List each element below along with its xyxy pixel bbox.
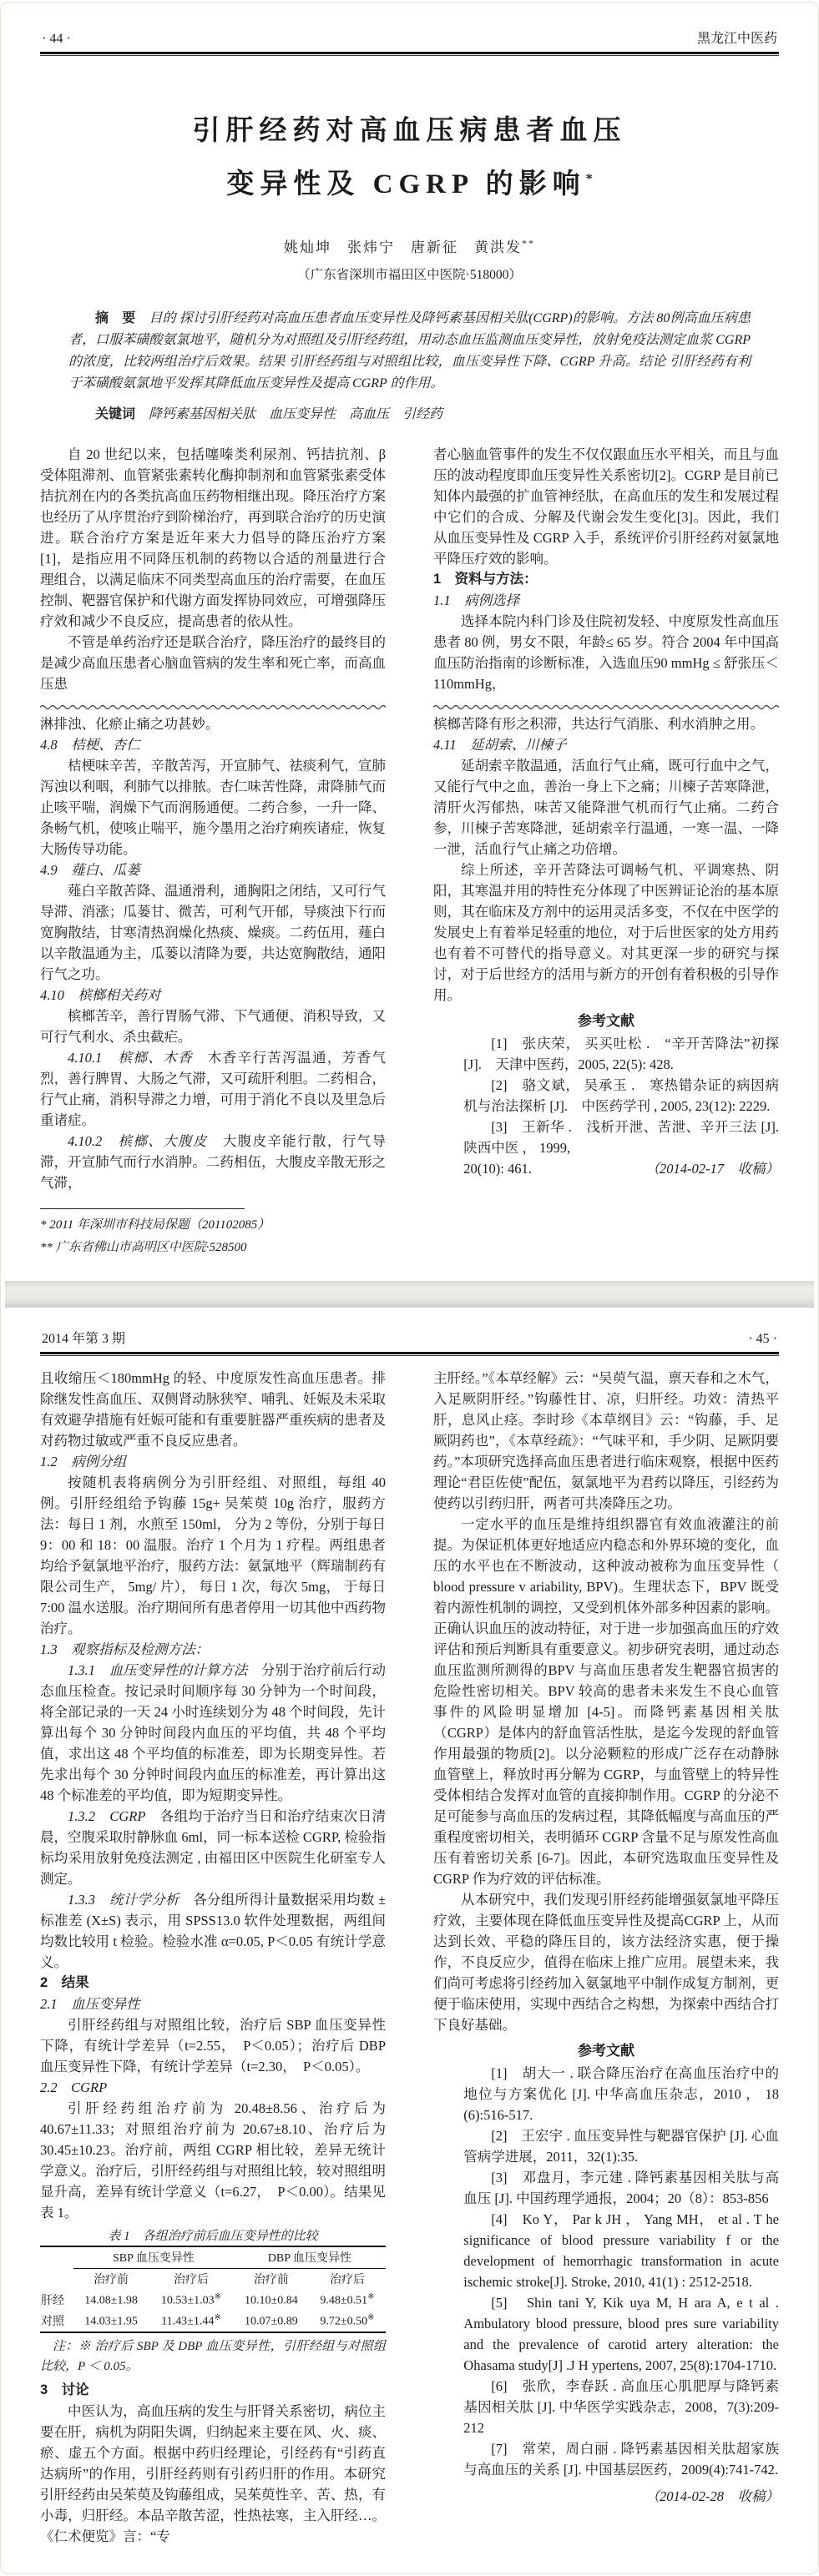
table-cell: 10.53±1.03※ — [149, 2290, 234, 2311]
table-row: 对照 14.03±1.95 11.43±1.44※ 10.07±0.89 9.7… — [40, 2311, 386, 2332]
right-column: 者心脑血管事件的发生不仅仅跟血压水平相关，而且与血压的波动程度即血压变异性关系密… — [433, 444, 779, 1259]
journal-page-44: · 44 · 黑龙江中医药 引肝经药对高血压病患者血压 变异性及 CGRP 的影… — [5, 8, 814, 1281]
references-title: 参考文献 — [433, 2039, 779, 2059]
cell-value: 11.43±1.44 — [161, 2316, 214, 2328]
left-column: 自 20 世纪以来，包括噻嗪类利尿剂、钙拮抗剂、β 受体阻滞剂、血管紧张素转化酶… — [40, 444, 386, 1259]
paragraph: 者心脑血管事件的发生不仅仅跟血压水平相关，而且与血压的波动程度即血压变异性关系密… — [433, 444, 779, 569]
paragraph: 引肝经药组与对照组比较，治疗后 SBP 血压变异性下降，有统计学差异（t=2.5… — [40, 2014, 386, 2077]
author-names: 姚灿坤 张炜宁 唐新征 黄洪发 — [284, 239, 522, 255]
received-date: （2014-02-17 收稿） — [646, 1158, 780, 1179]
table-cell: 10.10±0.84 — [234, 2290, 309, 2311]
reference-item: [5] Shin tani Y, Kik uya M, H ara A, e t… — [433, 2292, 779, 2376]
table-cell: 14.08±1.98 — [73, 2290, 149, 2311]
right-column: 主肝经。”《本草经解》云：“吴萸气温，禀天春和之木气，入足厥阴肝经。”钩藤性甘、… — [433, 1368, 779, 2547]
table-stub-header — [40, 2246, 73, 2269]
table-cell: 10.07±0.89 — [234, 2311, 309, 2332]
reference-item-tail: 20(10): 461. （2014-02-17 收稿） — [433, 1158, 779, 1179]
document-scan: · 44 · 黑龙江中医药 引肝经药对高血压病患者血压 变异性及 CGRP 的影… — [0, 2, 819, 2574]
wavy-divider — [40, 700, 386, 708]
run-in-heading: 4.10.2 槟榔、大腹皮 — [68, 1133, 208, 1149]
reference-item: [2] 王宏宇 . 血压变异性与靶器官保护 [J]. 心血管病学进展，2011，… — [433, 2125, 779, 2167]
row-label: 肝经 — [40, 2290, 73, 2311]
page-separator — [5, 1281, 814, 1308]
article-title: 引肝经药对高血压病患者血压 变异性及 CGRP 的影响* — [40, 104, 779, 212]
received-row: （2014-02-28 收稿） — [433, 2485, 779, 2508]
table-cell: 9.72±0.50※ — [309, 2311, 386, 2332]
authors: 姚灿坤 张炜宁 唐新征 黄洪发** — [40, 235, 779, 256]
section-heading: 4.10 槟榔相关药对 — [40, 985, 386, 1006]
paragraph: 薤白辛散苦降、温通滑利，通胸阳之闭结，又可行气导滞、消涨；瓜蒌甘、微苦，可利气开… — [40, 880, 386, 985]
run-in-heading: 1.3.3 统计学分析 — [68, 1892, 179, 1908]
paragraph-text: 分别于治疗前后行动态血压检查。按记录时间顺序每 30 分钟为一个时间段，将全部记… — [40, 1662, 386, 1803]
bpv-comparison-table: SBP 血压变异性 DBP 血压变异性 治疗前 治疗后 治疗前 治疗后 — [40, 2246, 386, 2333]
paragraph: 选择本院内科门诊及住院初发轻、中度原发性高血压患者 80 例，男女不限，年龄≤ … — [433, 611, 779, 694]
footnote-funding: * 2011 年深圳市科技局保题（201102085） — [40, 1214, 386, 1237]
continued-paragraph: 槟榔苦降有形之积滞，共达行气消胀、利水消肿之用。 — [433, 713, 779, 734]
paragraph: 4.10.2 槟榔、大腹皮 大腹皮辛能行散，行气导滞，开宣肺气而行水消肿。二药相… — [40, 1131, 386, 1193]
continued-paragraph: 且收缩压＜180mmHg 的轻、中度原发性高血压患者。排除继发性高血压、双侧肾动… — [40, 1368, 386, 1451]
table-group-header-dbp: DBP 血压变异性 — [234, 2246, 386, 2269]
cell-value: 10.53±1.03 — [161, 2295, 215, 2307]
cell-value: 10.07±0.89 — [245, 2316, 298, 2328]
significance-mark: ※ — [215, 2292, 221, 2301]
cell-value: 14.03±1.95 — [84, 2316, 138, 2328]
paragraph: 不管是单药治疗还是联合治疗，降压治疗的最终目的是减少高血压患者心脑血管病的发生率… — [40, 632, 386, 694]
paragraph: 1.3.3 统计学分析 各分组所得计量数据采用均数 ± 标准差 (X±S) 表示… — [40, 1889, 386, 1973]
section-heading: 4.8 桔梗、杏仁 — [40, 734, 386, 755]
wavy-divider — [433, 700, 779, 708]
table-subheader: 治疗前 — [234, 2268, 309, 2290]
page-number: · 44 · — [42, 32, 71, 47]
paragraph: 综上所述，辛开苦降法可调畅气机、平调寒热、阴阳，其寒温并用的特性充分体现了中医辨… — [433, 860, 779, 1006]
paragraph: 引肝经药组治疗前为 20.48±8.56、治疗后为 40.67±11.33；对照… — [40, 2098, 386, 2223]
paragraph: 自 20 世纪以来，包括噻嗪类利尿剂、钙拮抗剂、β 受体阻滞剂、血管紧张素转化酶… — [40, 444, 386, 632]
continued-paragraph: 主肝经。”《本草经解》云：“吴萸气温，禀天春和之木气，入足厥阴肝经。”钩藤性甘、… — [433, 1368, 779, 1514]
issue-label: 2014 年第 3 期 — [42, 1328, 125, 1347]
two-column-body: 自 20 世纪以来，包括噻嗪类利尿剂、钙拮抗剂、β 受体阻滞剂、血管紧张素转化酶… — [40, 444, 779, 1259]
section-heading: 4.11 延胡索、川楝子 — [433, 734, 779, 755]
header-rule — [40, 52, 779, 56]
authors-footnote-mark: ** — [522, 237, 535, 249]
title-footnote-star: * — [586, 172, 593, 186]
row-label: 对照 — [40, 2311, 73, 2332]
left-column: 且收缩压＜180mmHg 的轻、中度原发性高血压患者。排除继发性高血压、双侧肾动… — [40, 1368, 386, 2547]
paragraph: 延胡索辛散温通，活血行气止痛，既可行血中之气，又能行气中之血，善治一身上下之痛；… — [433, 755, 779, 860]
table-caption: 表 1 各组治疗前后血压变异性的比较 — [40, 2226, 386, 2244]
header-rule — [40, 1352, 779, 1356]
significance-mark: ※ — [367, 2292, 374, 2301]
section-heading: 4.9 薤白、瓜蒌 — [40, 860, 386, 880]
paragraph: 从本研究中，我们发现引肝经药能增强氨氯地平降压疗效，主要体现在降低血压变异性及提… — [433, 1889, 779, 2035]
page-header: 2014 年第 3 期 · 45 · — [40, 1324, 779, 1352]
references-title: 参考文献 — [433, 1009, 779, 1030]
run-in-heading: 1.3.1 血压变异性的计算方法 — [68, 1662, 247, 1678]
paragraph: 中医认为，高血压病的发生与肝肾关系密切，病位主要在肝，病机为阴阳失调，归纳起来主… — [40, 2401, 386, 2547]
section-heading: 1.2 病例分组 — [40, 1451, 386, 1472]
cell-value: 10.10±0.84 — [245, 2295, 298, 2307]
reference-item: [3] 邓盘月，李元建 . 降钙素基因相关肽与高血压 [J]. 中国药理学通报，… — [433, 2167, 779, 2209]
abstract-label: 摘 要 — [95, 311, 135, 325]
table-note: 注：※ 治疗后 SBP 及 DBP 血压变异性，引肝经组与对照组比较，P ＜ 0… — [40, 2337, 386, 2377]
table-cell: 14.03±1.95 — [73, 2311, 149, 2332]
paragraph: 4.10.1 槟榔、木香 木香辛行苦泻温通，芳香气烈，善行脾胃、大肠之气滞，又可… — [40, 1047, 386, 1131]
received-date: （2014-02-28 收稿） — [646, 2488, 780, 2504]
table-stub-header — [40, 2268, 73, 2290]
title-line-2: 变异性及 CGRP 的影响 — [226, 169, 585, 199]
table-cell: 9.48±0.51※ — [309, 2290, 386, 2311]
keywords-text: 降钙素基因相关肽 血压变异性 高血压 引经药 — [149, 407, 442, 421]
footnote-affiliation: ** 广东省佛山市高明区中医院·528500 — [40, 1237, 386, 1259]
journal-name: 黑龙江中医药 — [697, 28, 777, 47]
page-number: · 45 · — [748, 1332, 777, 1347]
paragraph: 按随机表将病例分为引肝经组、对照组，每组 40 例。引肝经组给予钩藤 15g+ … — [40, 1472, 386, 1639]
keywords: 关键词 降钙素基因相关肽 血压变异性 高血压 引经药 — [68, 403, 751, 422]
two-column-body: 且收缩压＜180mmHg 的轻、中度原发性高血压患者。排除继发性高血压、双侧肾动… — [40, 1368, 779, 2547]
reference-item: [1] 胡大一 . 联合降压治疗在高血压治疗中的地位与方案优化 [J]. 中华高… — [433, 2063, 779, 2125]
paragraph: 一定水平的血压是维持组织器官有效血液灌注的前提。为保证机体更好地适应内稳态和外界… — [433, 1514, 779, 1889]
run-in-heading: 1.3.2 CGRP — [68, 1808, 145, 1824]
section-heading: 3 讨论 — [40, 2380, 386, 2401]
significance-mark: ※ — [214, 2313, 220, 2322]
paragraph: 1.3.1 血压变异性的计算方法 分别于治疗前后行动态血压检查。按记录时间顺序每… — [40, 1660, 386, 1806]
section-heading: 1 资料与方法： — [433, 569, 779, 590]
section-heading: 2.1 血压变异性 — [40, 1994, 386, 2014]
table-subheader: 治疗前 — [73, 2268, 149, 2290]
section-heading: 1.3 观察指标及检测方法： — [40, 1639, 386, 1660]
cell-value: 14.08±1.98 — [84, 2295, 138, 2307]
affiliation: （广东省深圳市福田区中医院·518000） — [40, 265, 779, 283]
cell-value: 9.48±0.51 — [320, 2295, 367, 2307]
abstract: 摘 要 目的 探讨引肝经药对高血压患者血压变异性及降钙素基因相关肽(CGRP)的… — [68, 308, 751, 395]
cell-value: 9.72±0.50 — [320, 2316, 367, 2328]
table-subheader: 治疗后 — [149, 2268, 234, 2290]
footnote-rule — [40, 1208, 245, 1209]
significance-mark: ※ — [367, 2313, 374, 2322]
run-in-heading: 4.10.1 槟榔、木香 — [68, 1050, 193, 1066]
paragraph: 槟榔苦辛，善行胃肠气滞、下气通便、消积导致，又可行气利水、杀虫截疟。 — [40, 1006, 386, 1047]
reference-item: [3] 王新华 . 浅析开泄、苦泄、辛开三法 [J]. 陕西中医 ， 1999, — [433, 1117, 779, 1158]
reference-item: [7] 常荣，周白丽 . 降钙素基因相关肽超家族与高血压的关系 [J]. 中国基… — [433, 2438, 779, 2480]
reference-item: [2] 骆文斌， 吴承玉 . 寒热错杂证的病因病机与治法探析 [J]. 中医药学… — [433, 1075, 779, 1117]
reference-item: [6] 张欣，李春跃 . 高血压心肌肥厚与降钙素基因相关肽 [J]. 中华医学实… — [433, 2376, 779, 2438]
paragraph: 1.3.2 CGRP 各组均于治疗当日和治疗结束次日清晨，空腹采取肘静脉血 6m… — [40, 1806, 386, 1889]
section-heading: 2.2 CGRP — [40, 2077, 386, 2098]
reference-item: [1] 张庆荣， 买买吐松 . “辛开苦降法”初探 [J]. 天津中医药，200… — [433, 1033, 779, 1075]
reference-pages: 20(10): 461. — [463, 1158, 532, 1179]
section-heading: 2 结果 — [40, 1973, 386, 1994]
title-line-1: 引肝经药对高血压病患者血压 — [193, 116, 627, 146]
table-group-header-sbp: SBP 血压变异性 — [73, 2246, 234, 2269]
continued-paragraph: 淋排浊、化瘀止痛之功甚妙。 — [40, 713, 386, 734]
section-heading: 1.1 病例选择 — [433, 590, 779, 611]
table-subheader: 治疗后 — [309, 2268, 386, 2290]
table-cell: 11.43±1.44※ — [149, 2311, 234, 2332]
reference-item: [4] Ko Y， Par k JH ， Yang MH， et al . T … — [433, 2209, 779, 2292]
paragraph: 桔梗味辛苦，辛散苦泻，开宣肺气、祛痰利气，宣肺泻浊以利咽，利肺气以排脓。杏仁味苦… — [40, 755, 386, 860]
abstract-text: 目的 探讨引肝经药对高血压患者血压变异性及降钙素基因相关肽(CGRP)的影响。方… — [68, 311, 751, 391]
keywords-label: 关键词 — [95, 407, 135, 421]
table-row: 肝经 14.08±1.98 10.53±1.03※ 10.10±0.84 9.4… — [40, 2290, 386, 2311]
journal-page-45: 2014 年第 3 期 · 45 · 且收缩压＜180mmHg 的轻、中度原发性… — [5, 1308, 814, 2568]
page-header: · 44 · 黑龙江中医药 — [40, 24, 779, 52]
